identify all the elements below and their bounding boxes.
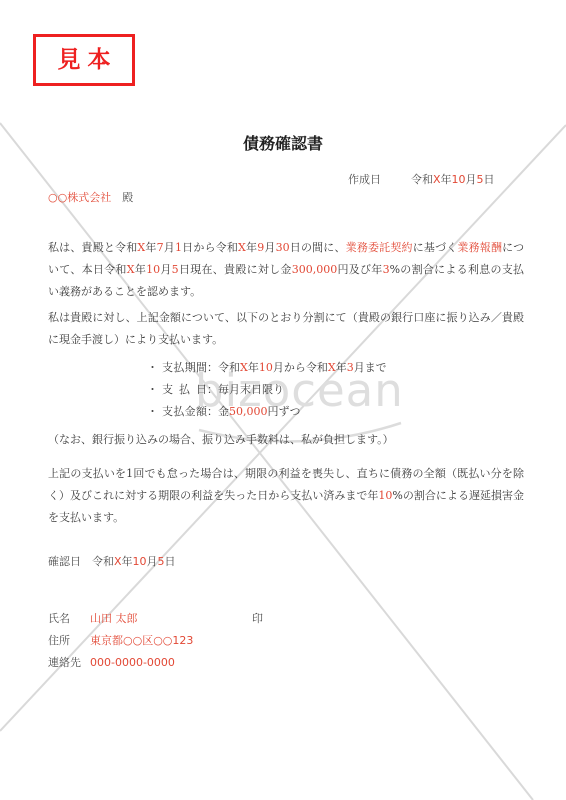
recipient-honorific: 殿 [111, 191, 133, 204]
created-date-value: 令和X年10月5日 [411, 173, 495, 186]
signature-name-label: 氏名 [48, 608, 90, 630]
signature-contact-value: 000-0000-0000 [90, 656, 175, 669]
created-date-label: 作成日 [348, 173, 381, 186]
signature-address-value: 東京都○○区○○123 [90, 634, 193, 647]
schedule-item-period: ・支払期間：令和X年10月から令和X年3月まで [147, 357, 387, 379]
recipient-row: ○○株式会社 殿 [48, 190, 133, 206]
schedule-payday-value: 毎月末日限り [218, 383, 284, 396]
paragraph-bank-fee-note: （なお、銀行振り込みの場合、振り込み手数料は、私が負担します。） [48, 429, 524, 451]
signature-row-name: 氏名山田 太郎 印 [48, 608, 193, 630]
schedule-payday-label: 支払日 [162, 379, 207, 401]
schedule-colon: ： [207, 361, 218, 374]
schedule-amount-label: 支払金額 [162, 401, 207, 423]
schedule-period-value: 令和X年10月から令和X年3月まで [218, 361, 387, 374]
confirmation-date-gap [81, 555, 92, 568]
document-content: 債務確認書 作成日令和X年10月5日 ○○株式会社 殿 私は、貴殿と令和X年7月… [0, 0, 566, 800]
schedule-item-payday: ・支払日：毎月末日限り [147, 379, 387, 401]
paragraph-default-clause: 上記の支払いを1回でも怠った場合は、期限の利益を喪失し、直ちに債務の全額（既払い… [48, 463, 524, 529]
confirmation-date-row: 確認日 令和X年10月5日 [48, 554, 176, 570]
signature-address-label: 住所 [48, 630, 90, 652]
bullet-icon: ・ [147, 357, 162, 379]
signature-name-value: 山田 太郎 [90, 612, 138, 625]
signature-block: 氏名山田 太郎 印 住所東京都○○区○○123 連絡先000-0000-0000 [48, 608, 193, 674]
recipient-company-name: ○○株式会社 [48, 191, 111, 204]
paragraph-payment-method: 私は貴殿に対し、上記金額について、以下のとおり分割にて（貴殿の銀行口座に振り込み… [48, 307, 524, 351]
bullet-icon: ・ [147, 379, 162, 401]
payment-schedule-list: ・支払期間：令和X年10月から令和X年3月まで ・支払日：毎月末日限り ・支払金… [147, 357, 387, 423]
seal-placeholder: 印 [252, 608, 263, 630]
document-page: bizocean 見本 債務確認書 作成日令和X年10月5日 ○○株式会社 殿 … [0, 0, 566, 800]
schedule-colon: ： [207, 383, 218, 396]
paragraph-debt-acknowledgement: 私は、貴殿と令和X年7月1日から令和X年9月30日の間に、業務委託契約に基づく業… [48, 237, 524, 303]
bullet-icon: ・ [147, 401, 162, 423]
confirmation-date-label: 確認日 [48, 555, 81, 568]
schedule-period-label: 支払期間 [162, 357, 207, 379]
signature-row-contact: 連絡先000-0000-0000 [48, 652, 193, 674]
document-title: 債務確認書 [0, 136, 566, 152]
sample-stamp: 見本 [33, 34, 135, 86]
signature-row-address: 住所東京都○○区○○123 [48, 630, 193, 652]
schedule-item-amount: ・支払金額：金50,000円ずつ [147, 401, 387, 423]
created-date-row: 作成日令和X年10月5日 [348, 172, 495, 188]
schedule-colon: ： [207, 405, 218, 418]
confirmation-date-value: 令和X年10月5日 [92, 555, 176, 568]
signature-contact-label: 連絡先 [48, 652, 90, 674]
schedule-amount-value: 金50,000円ずつ [218, 405, 301, 418]
sample-stamp-label: 見本 [51, 49, 118, 72]
